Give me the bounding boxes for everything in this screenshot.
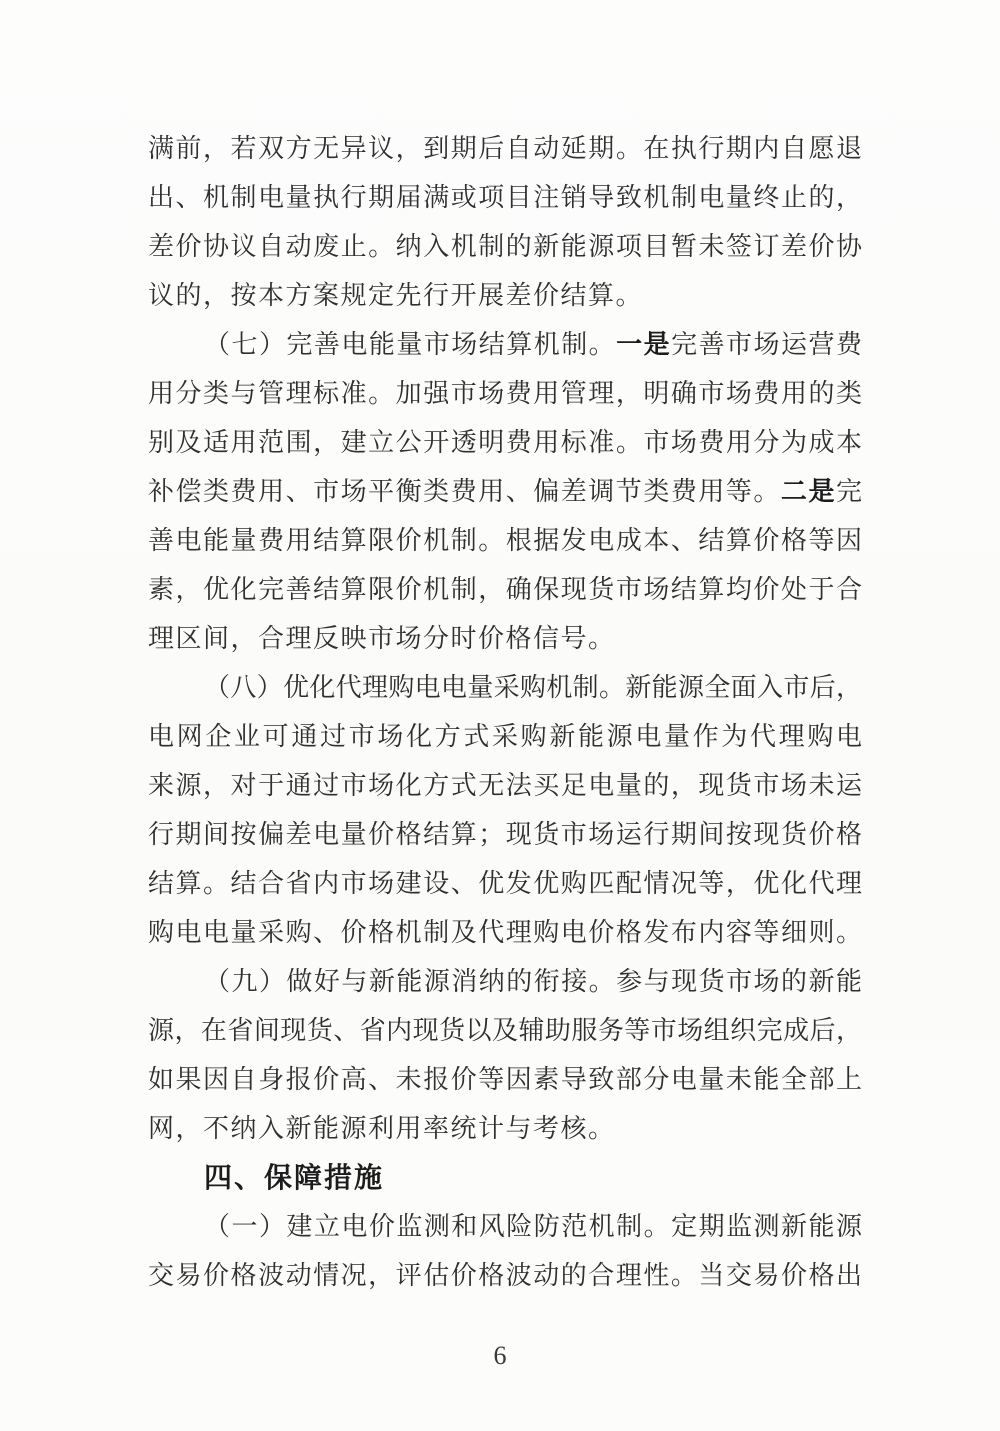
text-segment: 补偿类费用、市场平衡类费用、偏差调节类费用等。 [148, 477, 781, 506]
text-line: 电网企业可通过市场化方式采购新能源电量作为代理购电 [148, 712, 862, 761]
text-segment: 出、机制电量执行期届满或项目注销导致机制电量终止的， [148, 183, 862, 212]
text-segment: 议的，按本方案规定先行开展差价结算。 [148, 281, 643, 310]
text-segment: 结算。结合省内市场建设、优发优购匹配情况等，优化代理 [148, 869, 862, 898]
text-line: （八）优化代理购电电量采购机制。新能源全面入市后， [148, 663, 862, 712]
text-line: 补偿类费用、市场平衡类费用、偏差调节类费用等。二是完 [148, 467, 862, 516]
text-line: 行期间按偏差电量价格结算；现货市场运行期间按现货价格 [148, 810, 862, 859]
text-segment: 完 [836, 477, 862, 506]
text-segment: 善电能量费用结算限价机制。根据发电成本、结算价格等因 [148, 526, 862, 555]
text-segment: （一）建立电价监测和风险防范机制。定期监测新能源 [204, 1212, 862, 1241]
text-segment: 购电电量采购、价格机制及代理购电价格发布内容等细则。 [148, 918, 862, 947]
text-segment: 源，在省间现货、省内现货以及辅助服务等市场组织完成后， [148, 1016, 862, 1045]
text-segment: 网，不纳入新能源利用率统计与考核。 [148, 1114, 616, 1143]
text-segment: 行期间按偏差电量价格结算；现货市场运行期间按现货价格 [148, 820, 862, 849]
text-segment: 素，优化完善结算限价机制，确保现货市场结算均价处于合 [148, 575, 862, 604]
text-line: 结算。结合省内市场建设、优发优购匹配情况等，优化代理 [148, 859, 862, 908]
document-page: 满前，若双方无异议，到期后自动延期。在执行期内自愿退出、机制电量执行期届满或项目… [0, 0, 1000, 1431]
text-segment: 差价协议自动废止。纳入机制的新能源项目暂未签订差价协 [148, 232, 862, 261]
text-line: 理区间，合理反映市场分时价格信号。 [148, 614, 862, 663]
text-segment: （七）完善电能量市场结算机制。 [204, 330, 616, 359]
document-body: 满前，若双方无异议，到期后自动延期。在执行期内自愿退出、机制电量执行期届满或项目… [148, 124, 862, 1300]
section-heading: 四、保障措施 [148, 1153, 862, 1202]
text-line: 交易价格波动情况，评估价格波动的合理性。当交易价格出 [148, 1251, 862, 1300]
text-line: 议的，按本方案规定先行开展差价结算。 [148, 271, 862, 320]
text-line: 如果因自身报价高、未报价等因素导致部分电量未能全部上 [148, 1055, 862, 1104]
text-segment: 满前，若双方无异议，到期后自动延期。在执行期内自愿退 [148, 134, 862, 163]
text-line: 购电电量采购、价格机制及代理购电价格发布内容等细则。 [148, 908, 862, 957]
text-segment: 电网企业可通过市场化方式采购新能源电量作为代理购电 [148, 722, 862, 751]
text-line: 源，在省间现货、省内现货以及辅助服务等市场组织完成后， [148, 1006, 862, 1055]
text-line: （一）建立电价监测和风险防范机制。定期监测新能源 [148, 1202, 862, 1251]
text-line: （九）做好与新能源消纳的衔接。参与现货市场的新能 [148, 957, 862, 1006]
text-segment: 理区间，合理反映市场分时价格信号。 [148, 624, 616, 653]
text-segment: 来源，对于通过市场化方式无法买足电量的，现货市场未运 [148, 771, 862, 800]
bold-emphasis: 二是 [781, 477, 836, 506]
text-segment: 交易价格波动情况，评估价格波动的合理性。当交易价格出 [148, 1261, 862, 1290]
text-line: 用分类与管理标准。加强市场费用管理，明确市场费用的类 [148, 369, 862, 418]
text-segment: （八）优化代理购电电量采购机制。新能源全面入市后， [204, 673, 862, 702]
text-line: 网，不纳入新能源利用率统计与考核。 [148, 1104, 862, 1153]
text-line: 来源，对于通过市场化方式无法买足电量的，现货市场未运 [148, 761, 862, 810]
text-segment: 别及适用范围，建立公开透明费用标准。市场费用分为成本 [148, 428, 862, 457]
text-segment: 用分类与管理标准。加强市场费用管理，明确市场费用的类 [148, 379, 862, 408]
text-line: 满前，若双方无异议，到期后自动延期。在执行期内自愿退 [148, 124, 862, 173]
bold-emphasis: 四、保障措施 [204, 1162, 384, 1193]
text-segment: 如果因自身报价高、未报价等因素导致部分电量未能全部上 [148, 1065, 862, 1094]
page-number: 6 [0, 1341, 1000, 1371]
text-line: （七）完善电能量市场结算机制。一是完善市场运营费 [148, 320, 862, 369]
text-segment: （九）做好与新能源消纳的衔接。参与现货市场的新能 [204, 967, 862, 996]
text-line: 别及适用范围，建立公开透明费用标准。市场费用分为成本 [148, 418, 862, 467]
text-line: 差价协议自动废止。纳入机制的新能源项目暂未签订差价协 [148, 222, 862, 271]
text-line: 素，优化完善结算限价机制，确保现货市场结算均价处于合 [148, 565, 862, 614]
bold-emphasis: 一是 [616, 330, 671, 359]
text-line: 善电能量费用结算限价机制。根据发电成本、结算价格等因 [148, 516, 862, 565]
text-segment: 完善市场运营费 [671, 330, 862, 359]
text-line: 出、机制电量执行期届满或项目注销导致机制电量终止的， [148, 173, 862, 222]
